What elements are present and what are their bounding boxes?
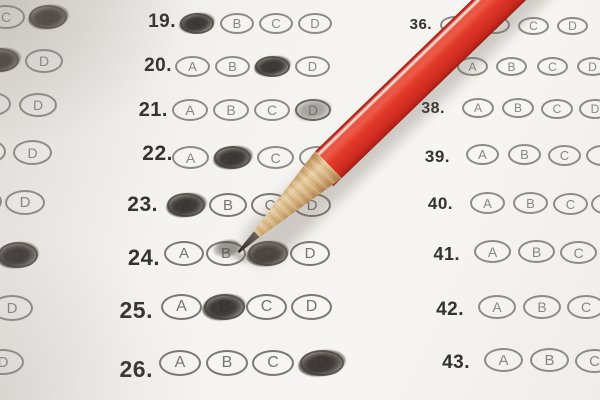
bubble-26-D[interactable]: D (300, 350, 344, 376)
bubble-letter: D (7, 300, 18, 317)
bubble-42-A[interactable]: A (478, 295, 516, 319)
bubble-letter: D (305, 245, 316, 262)
bubble-letter: B (223, 197, 233, 214)
bubble-letter: C (271, 16, 280, 31)
bubble-letter: C (566, 197, 575, 212)
bubble-19-A[interactable]: A (180, 13, 214, 34)
bubble-43-A[interactable]: A (484, 348, 523, 372)
bubble-letter: D (310, 16, 319, 31)
bubble-41-A[interactable]: A (474, 240, 511, 263)
bubble-letter: D (568, 19, 577, 33)
bubble-letter: A (474, 101, 482, 115)
bubble-letter: A (186, 150, 195, 166)
bubble-19-B[interactable]: B (220, 13, 254, 34)
bubble-left-r1-C[interactable]: C (0, 5, 25, 29)
bubble-21-D[interactable]: D (295, 99, 331, 121)
bubble-left-r3-C[interactable]: C (0, 92, 11, 116)
bubble-letter: D (13, 247, 24, 264)
bubble-letter: C (573, 245, 583, 261)
bubble-letter: C (270, 150, 280, 166)
bubble-letter: C (553, 102, 562, 116)
bubble-21-A[interactable]: A (172, 99, 208, 121)
question-number-19: 19. (136, 11, 176, 33)
question-number-21: 21. (128, 99, 168, 122)
question-number-41: 41. (422, 244, 460, 265)
bubble-39-A[interactable]: A (466, 144, 499, 165)
bubble-26-B[interactable]: B (206, 350, 248, 376)
bubble-26-A[interactable]: A (159, 350, 201, 376)
bubble-24-A[interactable]: A (164, 241, 204, 266)
bubble-37-D[interactable]: D (577, 57, 600, 76)
bubble-38-A[interactable]: A (462, 98, 494, 118)
bubble-letter: D (0, 354, 8, 371)
bubble-19-D[interactable]: D (298, 13, 332, 34)
bubble-left-r6-D[interactable]: D (0, 242, 38, 268)
bubble-letter: A (488, 244, 497, 260)
bubble-letter: A (498, 352, 508, 369)
bubble-letter: D (308, 59, 317, 74)
bubble-letter: A (478, 147, 487, 162)
bubble-43-C[interactable]: C (575, 349, 600, 373)
question-number-39: 39. (414, 147, 450, 167)
bubble-25-A[interactable]: A (161, 294, 202, 320)
question-number-40: 40. (415, 194, 453, 214)
question-number-43: 43. (430, 352, 470, 374)
bubble-letter: D (588, 60, 597, 74)
question-number-36: 36. (404, 16, 432, 33)
bubble-letter: C (267, 354, 279, 372)
bubble-20-A[interactable]: A (175, 56, 210, 77)
question-number-22: 22. (129, 142, 173, 166)
bubble-letter: A (492, 299, 501, 315)
bubble-letter: B (526, 196, 535, 211)
bubble-letter: B (222, 354, 233, 372)
bubble-left-r1-D[interactable]: D (29, 5, 67, 29)
bubble-20-D[interactable]: D (295, 56, 330, 77)
bubble-letter: B (514, 101, 522, 115)
bubble-41-B[interactable]: B (518, 240, 555, 263)
bubble-39-D[interactable] (586, 145, 600, 166)
bubble-left-r2-D[interactable]: D (25, 49, 63, 73)
question-number-24: 24. (112, 245, 160, 271)
bubble-letter: B (520, 147, 529, 162)
bubble-43-B[interactable]: B (530, 348, 569, 372)
bubble-letter: C (268, 59, 277, 74)
bubble-37-B[interactable]: B (496, 57, 527, 76)
bubble-25-D[interactable]: D (291, 294, 332, 320)
bubble-42-B[interactable]: B (523, 295, 561, 319)
bubble-letter: B (544, 352, 554, 369)
bubble-letter: D (306, 298, 318, 316)
bubble-37-C[interactable]: C (537, 57, 568, 76)
bubble-letter: A (188, 59, 197, 74)
bubble-letter: D (39, 53, 49, 69)
bubble-letter: B (228, 59, 237, 74)
bubble-letter: D (591, 102, 600, 116)
bubble-24-D[interactable]: D (290, 241, 330, 266)
bubble-25-B[interactable]: B (204, 294, 245, 320)
bubble-36-D[interactable]: D (557, 17, 588, 35)
bubble-40-A[interactable]: A (470, 192, 505, 214)
bubble-38-D[interactable]: D (579, 99, 600, 119)
bubble-25-C[interactable]: C (246, 294, 287, 320)
bubble-22-C[interactable]: C (257, 146, 294, 169)
bubble-letter: A (193, 16, 202, 31)
bubble-41-C[interactable]: C (560, 241, 597, 264)
bubble-letter: C (267, 102, 277, 118)
bubble-left-r4-D[interactable]: D (13, 140, 52, 165)
bubble-letter: C (261, 298, 273, 316)
bubble-left-r3-D[interactable]: D (19, 93, 57, 117)
bubble-38-B[interactable]: B (502, 98, 534, 118)
bubble-letter: A (181, 197, 191, 214)
bubble-letter: C (529, 19, 538, 33)
bubble-left-r8-D[interactable]: D (0, 349, 24, 375)
question-number-26: 26. (103, 356, 153, 383)
bubble-letter: D (43, 9, 53, 25)
bubble-letter: B (233, 16, 242, 31)
bubble-letter: B (226, 102, 235, 118)
bubble-42-C[interactable]: C (567, 295, 600, 319)
bubble-letter: A (175, 354, 186, 372)
bubble-letter: A (483, 196, 492, 211)
bubble-38-C[interactable]: C (541, 99, 573, 119)
bubble-23-B[interactable]: B (209, 193, 247, 217)
bubble-letter: D (316, 354, 328, 372)
question-number-20: 20. (132, 55, 172, 77)
bubble-letter: D (33, 97, 43, 113)
bubble-39-C[interactable]: C (548, 145, 581, 166)
bubble-letter: B (219, 298, 230, 316)
bubble-letter: C (581, 299, 591, 315)
bubble-20-B[interactable]: B (215, 56, 250, 77)
bubble-letter: C (589, 353, 600, 370)
answer-sheet-photo: C D D C D D D D D D 19. 20. 21. 22. 23. … (0, 0, 600, 400)
bubble-left-r7-D[interactable]: D (0, 295, 33, 321)
bubble-letter: A (179, 245, 189, 262)
bubble-letter: D (308, 102, 318, 118)
bubble-letter: B (537, 299, 546, 315)
bubble-left-r5-C[interactable] (0, 189, 2, 214)
bubble-21-C[interactable]: C (254, 99, 290, 121)
bubble-40-C[interactable]: C (553, 193, 588, 215)
bubble-letter: B (532, 244, 541, 260)
bubble-20-C[interactable]: C (255, 56, 290, 77)
bubble-letter: C (548, 60, 557, 74)
bubble-40-B[interactable]: B (513, 192, 548, 214)
bubble-letter: D (27, 145, 37, 161)
bubble-left-r4-C[interactable] (0, 139, 6, 164)
bubble-19-C[interactable]: C (259, 13, 293, 34)
bubble-left-r5-D[interactable]: D (5, 190, 45, 215)
bubble-letter: C (1, 9, 11, 25)
bubble-letter: B (507, 60, 515, 74)
bubble-23-A[interactable]: A (167, 193, 205, 217)
question-number-23: 23. (112, 193, 158, 217)
bubble-letter: D (20, 194, 31, 211)
bubble-21-B[interactable]: B (213, 99, 249, 121)
bubble-22-B[interactable]: B (214, 146, 251, 169)
bubble-26-C[interactable]: C (252, 350, 294, 376)
question-number-42: 42. (424, 299, 464, 321)
bubble-39-B[interactable]: B (508, 144, 541, 165)
question-number-25: 25. (105, 297, 153, 324)
bubble-letter: A (185, 102, 194, 118)
bubble-letter: C (560, 148, 569, 163)
bubble-22-A[interactable]: A (172, 146, 209, 169)
bubble-letter: B (228, 150, 237, 166)
bubble-left-r2-C[interactable] (0, 48, 19, 72)
bubble-40-D[interactable] (591, 193, 600, 215)
bubble-letter: A (176, 298, 187, 316)
